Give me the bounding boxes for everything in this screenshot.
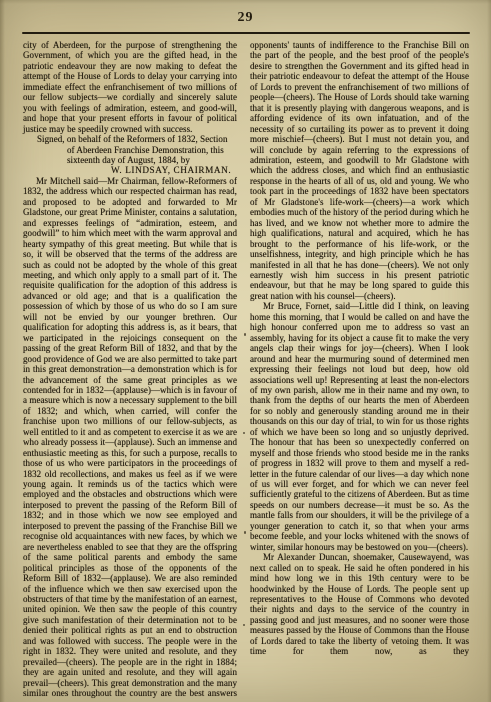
duncan-speech-paragraph: Mr Alexander Duncan, shoemaker, Causeway… (250, 552, 469, 657)
mitchell-speech-continuation: opponents' taunts of indifference to the… (250, 40, 469, 301)
scan-speck (244, 333, 246, 336)
chairman-signature: W. LINDSAY, CHAIRMAN. (23, 165, 237, 175)
text-columns: city of Aberdeen, for the purpose of str… (0, 34, 491, 700)
address-closing-paragraph: city of Aberdeen, for the purpose of str… (23, 40, 237, 134)
mitchell-speech-paragraph: Mr Mitchell said—Mr Chairman, fellow-Ref… (23, 176, 237, 700)
scan-speck (243, 624, 245, 626)
page-number: 29 (0, 0, 491, 27)
scanned-document-page: 29 city of Aberdeen, for the purpose of … (0, 0, 491, 702)
scan-speck (243, 432, 245, 434)
left-column: city of Aberdeen, for the purpose of str… (23, 40, 237, 700)
bruce-speech-paragraph: Mr Bruce, Fornet, said—Little did I thin… (250, 301, 469, 552)
scan-speck (244, 531, 246, 534)
right-column: opponents' taunts of indifference to the… (250, 40, 469, 700)
signed-attestation: Signed, on behalf of the Reformers of 18… (67, 134, 237, 165)
